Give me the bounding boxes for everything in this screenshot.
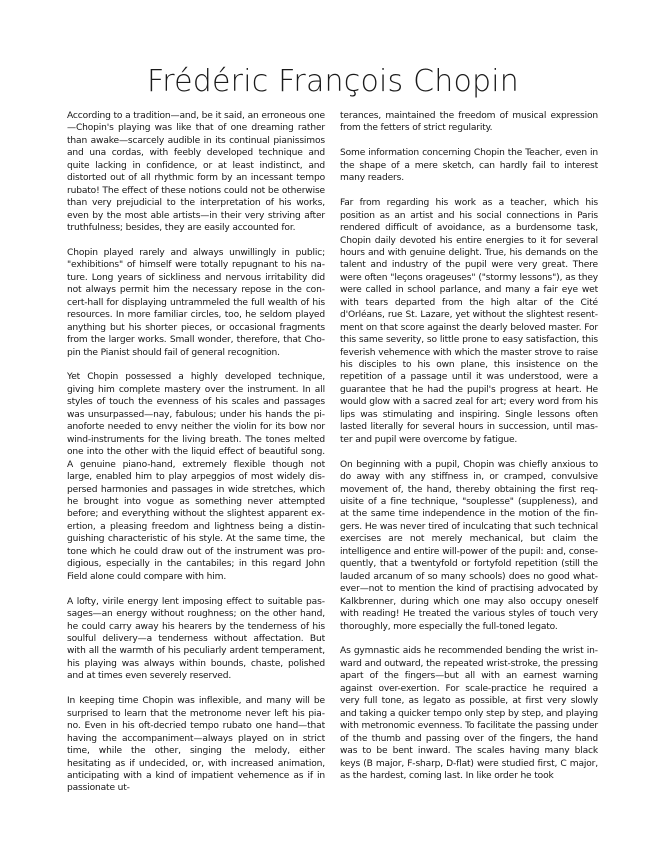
paragraph: As gymnastic aids he recommended bending…	[340, 645, 598, 782]
paragraph: Chopin played rarely and always unwillin…	[67, 247, 325, 359]
document-page: Frédéric François Chopin According to a …	[0, 0, 666, 865]
right-column: terances, maintained the freedom of musi…	[340, 110, 598, 782]
paragraph: Some information concerning Chopin the T…	[340, 147, 598, 184]
paragraph: Yet Chopin possessed a highly developed …	[67, 371, 325, 583]
page-title: Frédéric François Chopin	[0, 62, 666, 102]
paragraph: According to a tradition—and, be it said…	[67, 110, 325, 235]
paragraph: On beginning with a pupil, Chopin was ch…	[340, 459, 598, 633]
paragraph: A lofty, virile energy lent imposing eff…	[67, 596, 325, 683]
paragraph: terances, maintained the freedom of musi…	[340, 110, 598, 135]
paragraph: In keeping time Chopin was inflexible, a…	[67, 695, 325, 795]
left-column: According to a tradition—and, be it said…	[67, 110, 325, 795]
paragraph: Far from regarding his work as a teacher…	[340, 197, 598, 446]
